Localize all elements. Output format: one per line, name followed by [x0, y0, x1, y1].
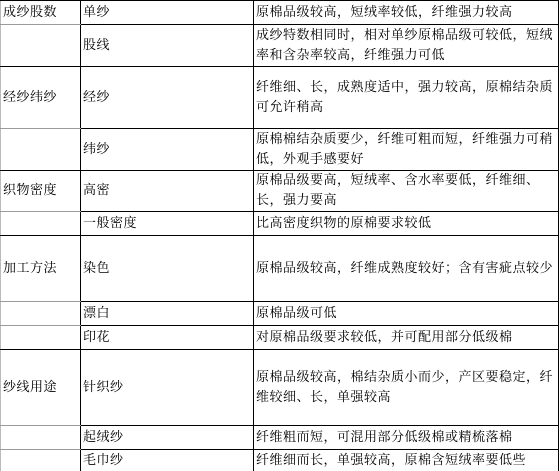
requirement-cell: 纤维细、长，成熟度适中，强力较高，原棉结杂质可允许稍高 [254, 67, 559, 129]
item-cell: 纬纱 [81, 129, 254, 171]
requirement-cell: 原棉品级可低 [254, 302, 559, 326]
requirement-cell: 原棉品级较高，棉结杂质小而少，产区要稳定，纤维较细、长，单强较高 [254, 350, 559, 426]
table-row: 加工方法 染色 原棉品级较高，纤维成熟度较好；含有害疵点较少 [1, 236, 559, 302]
item-cell: 漂白 [81, 302, 254, 326]
category-cell: 织物密度 [1, 171, 81, 212]
requirement-cell: 比高密度织物的原棉要求较低 [254, 212, 559, 236]
table-row: 纬纱 原棉棉结杂质要少，纤维可粗而短，纤维强力可稍低，外观手感要好 [1, 129, 559, 171]
item-cell: 染色 [81, 236, 254, 302]
item-cell: 单纱 [81, 1, 254, 25]
item-cell: 股线 [81, 25, 254, 67]
table-row: 漂白 原棉品级可低 [1, 302, 559, 326]
category-cell: 加工方法 [1, 236, 81, 302]
table-row: 成纱股数 单纱 原棉品级较高，短绒率较低，纤维强力较高 [1, 1, 559, 25]
table-row: 织物密度 高密 原棉品级要高，短绒率、含水率要低，纤维细、长，强力要高 [1, 171, 559, 212]
requirement-cell: 原棉品级较高，短绒率较低，纤维强力较高 [254, 1, 559, 25]
requirement-cell: 原棉品级要高，短绒率、含水率要低，纤维细、长，强力要高 [254, 171, 559, 212]
item-cell: 毛巾纱 [81, 450, 254, 471]
item-cell: 针织纱 [81, 350, 254, 426]
category-cell [1, 25, 81, 67]
category-cell: 经纱纬纱 [1, 67, 81, 129]
cotton-requirements-table: 成纱股数 单纱 原棉品级较高，短绒率较低，纤维强力较高 股线 成纱特数相同时，相… [0, 0, 559, 471]
item-cell: 起绒纱 [81, 426, 254, 450]
category-cell [1, 326, 81, 350]
category-cell [1, 212, 81, 236]
table-row: 纱线用途 针织纱 原棉品级较高，棉结杂质小而少，产区要稳定，纤维较细、长，单强较… [1, 350, 559, 426]
item-cell: 一般密度 [81, 212, 254, 236]
category-cell: 纱线用途 [1, 350, 81, 426]
table-row: 毛巾纱 纤维细而长，单强较高，原棉含短绒率要低些 [1, 450, 559, 471]
requirement-cell: 纤维细而长，单强较高，原棉含短绒率要低些 [254, 450, 559, 471]
table-row: 印花 对原棉品级要求较低，并可配用部分低级棉 [1, 326, 559, 350]
category-cell: 成纱股数 [1, 1, 81, 25]
category-cell [1, 426, 81, 450]
table-row: 股线 成纱特数相同时，相对单纱原棉品级可较低，短绒率和含杂率较高，纤维强力可低 [1, 25, 559, 67]
requirement-cell: 成纱特数相同时，相对单纱原棉品级可较低，短绒率和含杂率较高，纤维强力可低 [254, 25, 559, 67]
category-cell [1, 450, 81, 471]
table-row: 经纱纬纱 经纱 纤维细、长，成熟度适中，强力较高，原棉结杂质可允许稍高 [1, 67, 559, 129]
category-cell [1, 129, 81, 171]
table-row: 一般密度 比高密度织物的原棉要求较低 [1, 212, 559, 236]
item-cell: 经纱 [81, 67, 254, 129]
table-row: 起绒纱 纤维粗而短，可混用部分低级棉或精梳落棉 [1, 426, 559, 450]
item-cell: 印花 [81, 326, 254, 350]
requirement-cell: 对原棉品级要求较低，并可配用部分低级棉 [254, 326, 559, 350]
requirement-cell: 原棉棉结杂质要少，纤维可粗而短，纤维强力可稍低，外观手感要好 [254, 129, 559, 171]
requirement-cell: 纤维粗而短，可混用部分低级棉或精梳落棉 [254, 426, 559, 450]
item-cell: 高密 [81, 171, 254, 212]
category-cell [1, 302, 81, 326]
requirement-cell: 原棉品级较高，纤维成熟度较好；含有害疵点较少 [254, 236, 559, 302]
